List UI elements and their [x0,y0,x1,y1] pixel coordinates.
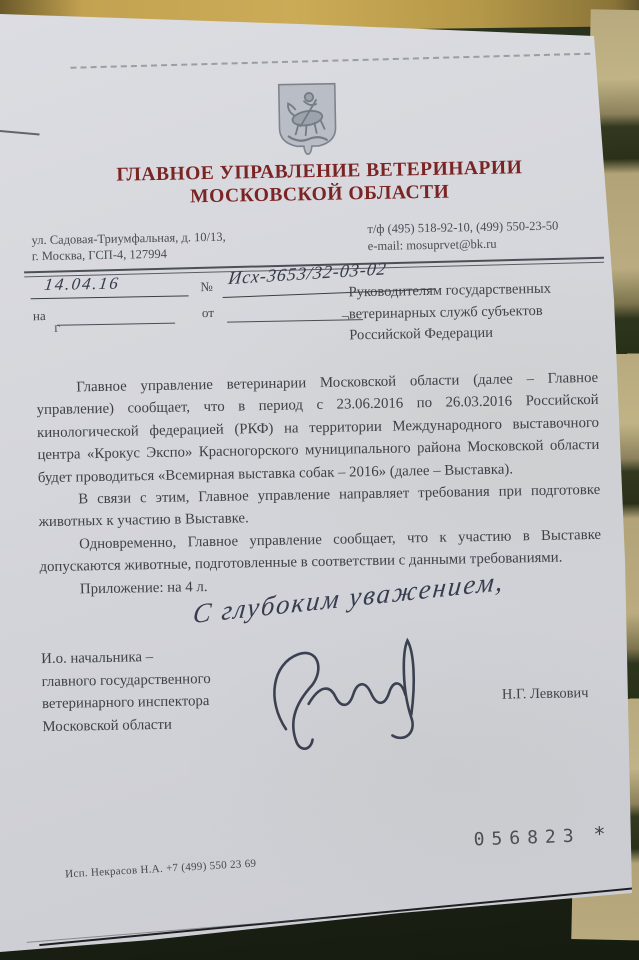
stamp-asterisk: * [594,822,605,846]
photo-of-official-letter: ГЛАВНОЕ УПРАВЛЕНИЕ ВЕТЕРИНАРИИ МОСКОВСКО… [0,0,639,960]
moscow-oblast-coat-of-arms-icon [276,82,339,157]
letterhead-footer-rule-faint [27,918,326,943]
handwritten-signature-icon [246,616,463,757]
na-label: на [33,308,46,324]
paper-fold-dashed-line [70,53,590,69]
signer-title-line4: Московской области [42,713,211,739]
ot-label: от [202,305,214,321]
address-line2: г. Москва, ГСП-4, 127994 [32,245,226,265]
stray-pen-mark [0,130,40,136]
handwritten-date: 14.04.16 [43,274,121,295]
organization-title: ГЛАВНОЕ УПРАВЛЕНИЕ ВЕТЕРИНАРИИ МОСКОВСКО… [64,155,575,210]
signer-title-block: И.о. начальника – главного государственн… [41,645,212,738]
number-sign-label: № [200,279,213,295]
letterhead-footer-rule [39,887,632,946]
registration-stamp-number: 056823* [473,822,605,851]
email-address: e-mail: mosuprvet@bk.ru [368,234,593,255]
body-paragraph-1: Главное управление ветеринарии Московско… [36,367,600,489]
signer-name: Н.Г. Левкович [502,685,589,704]
address-corner-mark-left: г [54,321,60,337]
addressee-block: Руководителям государственных ветеринарн… [348,278,594,347]
signer-title-line3: ветеринарного инспектора [42,690,211,716]
date-underline [31,295,189,299]
executor-contact-line: Исп. Некрасов Н.А. +7 (499) 550 23 69 [65,858,257,881]
addressee-line3: Российской Федерации [349,321,594,347]
signer-title-line2: главного государственного [41,668,210,694]
contact-info: т/ф (495) 518-92-10, (499) 550-23-50 e-m… [367,217,593,255]
signer-title-line1: И.о. начальника – [41,645,210,671]
stamp-digits: 056823 [473,826,581,851]
postal-address: ул. Садовая-Триумфальная, д. 10/13, г. М… [31,229,226,265]
letter-content: ГЛАВНОЕ УПРАВЛЕНИЕ ВЕТЕРИНАРИИ МОСКОВСКО… [0,0,639,960]
na-blank-underline [57,323,175,326]
letter-paper-sheet: ГЛАВНОЕ УПРАВЛЕНИЕ ВЕТЕРИНАРИИ МОСКОВСКО… [0,0,639,960]
